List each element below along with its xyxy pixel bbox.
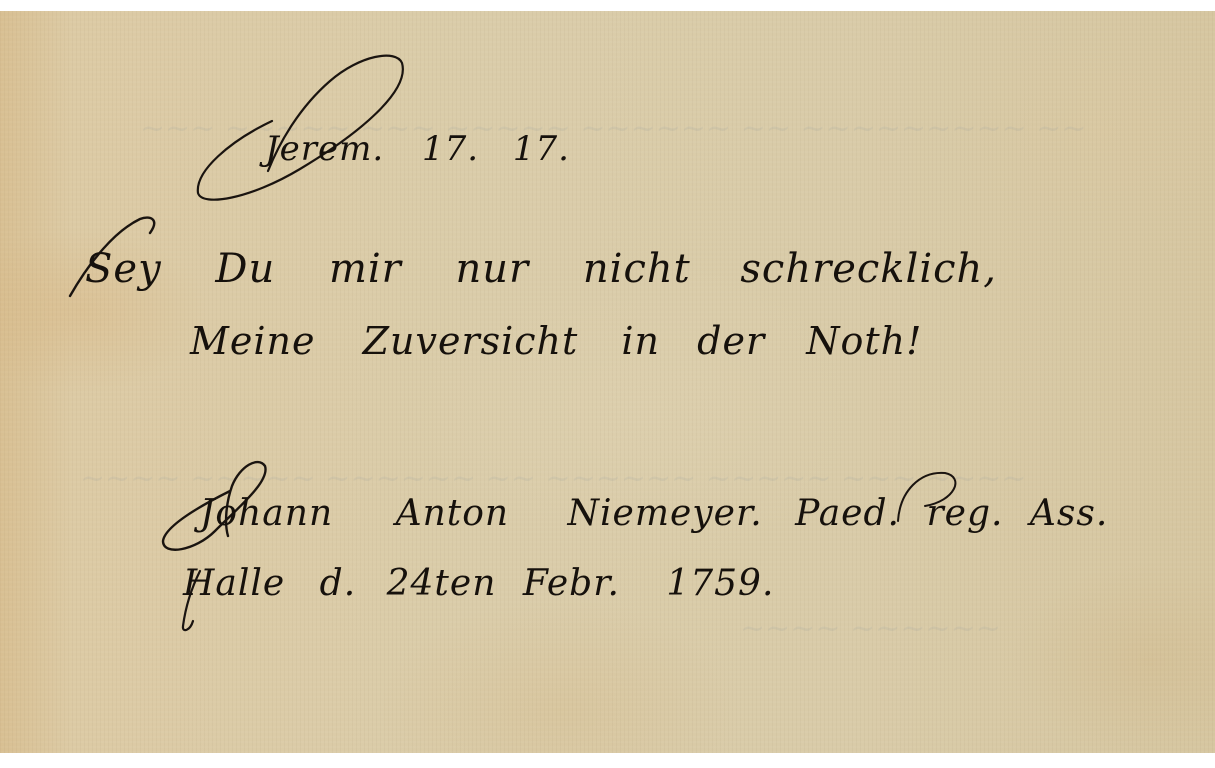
signature-word: Paed. (795, 493, 900, 534)
date-year: 1759. (666, 563, 774, 604)
verse-word: in (621, 319, 660, 363)
verse-line-2: Meine Zuversicht in der Noth! (190, 319, 922, 363)
verse-word: Meine (190, 319, 316, 363)
date-word: 24ten (387, 563, 497, 604)
album-page: ~~~ ~~~~~ ~~~ ~~~~~ ~~~~~~ ~~ ~~~~~~~~~ … (0, 11, 1215, 753)
verse-word: Du (215, 246, 275, 292)
signature-name-line: Johann Anton Niemeyer. Paed. reg. Ass. (200, 493, 1108, 534)
signature-word: Niemeyer. (568, 493, 763, 534)
place-word: Halle (183, 563, 285, 604)
signature-word: Anton (396, 493, 510, 534)
flourish-j-loop (198, 56, 403, 200)
signature-word: reg. (926, 493, 1003, 534)
verse-word: mir (329, 246, 402, 292)
verse-word: nur (456, 246, 530, 292)
signature-date-line: Halle d. 24ten Febr. 1759. (183, 563, 774, 604)
verse-word: Noth! (806, 319, 922, 363)
scripture-reference: Jerem. 17. 17. (265, 129, 570, 169)
verse-line-1: Sey Du mir nur nicht schrecklich, (85, 246, 997, 292)
reference-book: Jerem. (265, 129, 384, 169)
verse-word: der (697, 319, 765, 363)
verse-word: Zuversicht (363, 319, 579, 363)
reference-verse: 17. (513, 129, 570, 169)
verse-word: schrecklich, (740, 246, 997, 292)
date-word: d. (320, 563, 357, 604)
ink-flourishes (0, 11, 1215, 753)
signature-word: Johann (200, 493, 333, 534)
verse-word: nicht (583, 246, 691, 292)
signature-word: Ass. (1030, 493, 1108, 534)
reference-chapter: 17. (422, 129, 479, 169)
scan-canvas: ~~~ ~~~~~ ~~~ ~~~~~ ~~~~~~ ~~ ~~~~~~~~~ … (0, 0, 1215, 768)
date-word: Febr. (523, 563, 620, 604)
verse-word: Sey (85, 246, 162, 292)
